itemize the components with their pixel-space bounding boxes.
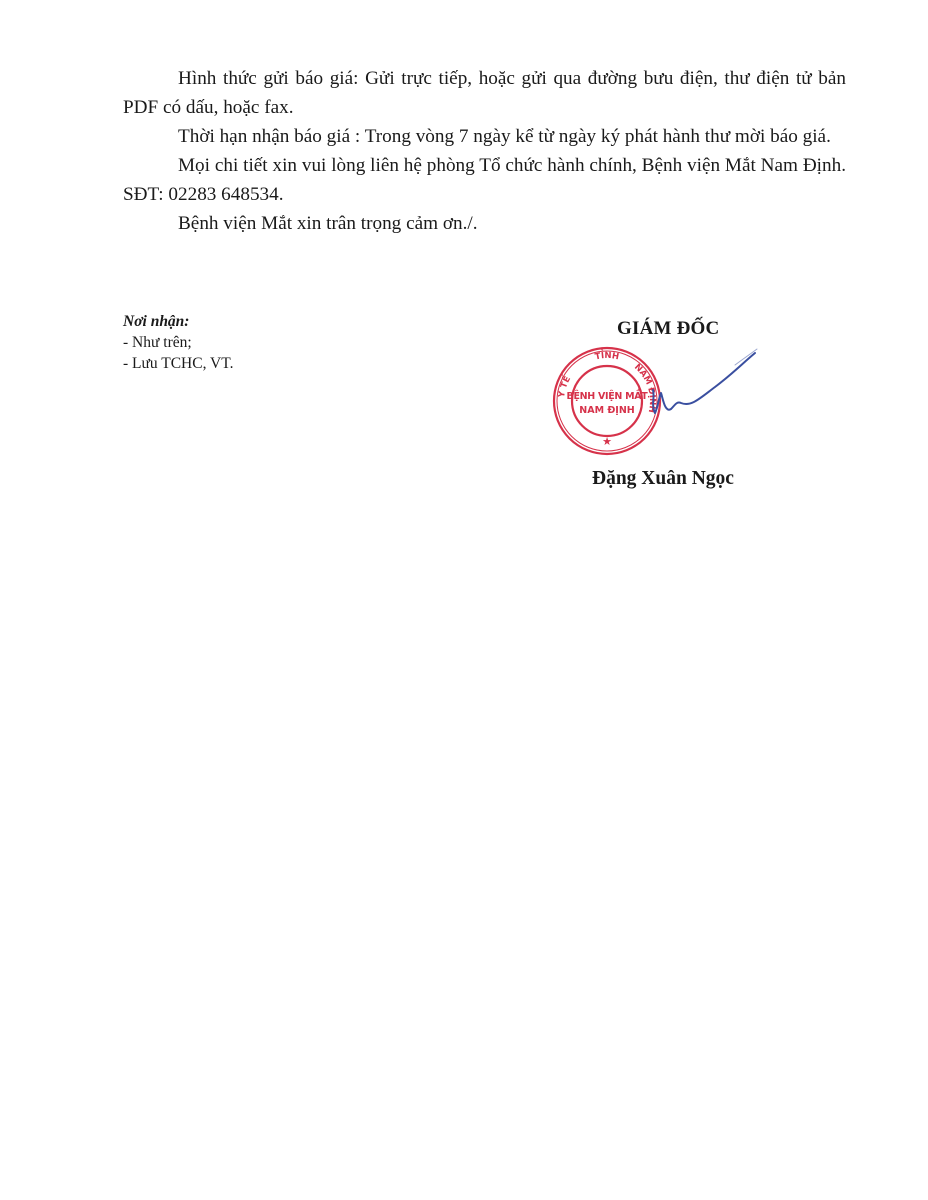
svg-text:★: ★ xyxy=(602,435,612,448)
svg-text:NAM ĐỊNH: NAM ĐỊNH xyxy=(579,405,635,416)
paragraph-thanks: Bệnh viện Mắt xin trân trọng cảm ơn./. xyxy=(123,209,846,238)
signature-block: GIÁM ĐỐC SỞ Y TẾ TỈNH NAM ĐỊNH BỆNH VIỆN… xyxy=(540,315,800,505)
paragraph-contact: Mọi chi tiết xin vui lòng liên hệ phòng … xyxy=(123,151,846,209)
paragraph-submission-method: Hình thức gửi báo giá: Gửi trực tiếp, ho… xyxy=(123,64,846,122)
recipients-block: Nơi nhận: - Như trên; - Lưu TCHC, VT. xyxy=(123,311,233,374)
handwritten-signature-icon xyxy=(635,335,760,430)
recipients-label: Nơi nhận: xyxy=(123,311,233,332)
recipient-item: - Lưu TCHC, VT. xyxy=(123,353,233,374)
recipient-item: - Như trên; xyxy=(123,332,233,353)
paragraph-deadline: Thời hạn nhận báo giá : Trong vòng 7 ngà… xyxy=(123,122,846,151)
signer-name: Đặng Xuân Ngọc xyxy=(592,468,734,490)
svg-text:TỈNH: TỈNH xyxy=(594,349,620,362)
letter-body: Hình thức gửi báo giá: Gửi trực tiếp, ho… xyxy=(123,64,846,238)
